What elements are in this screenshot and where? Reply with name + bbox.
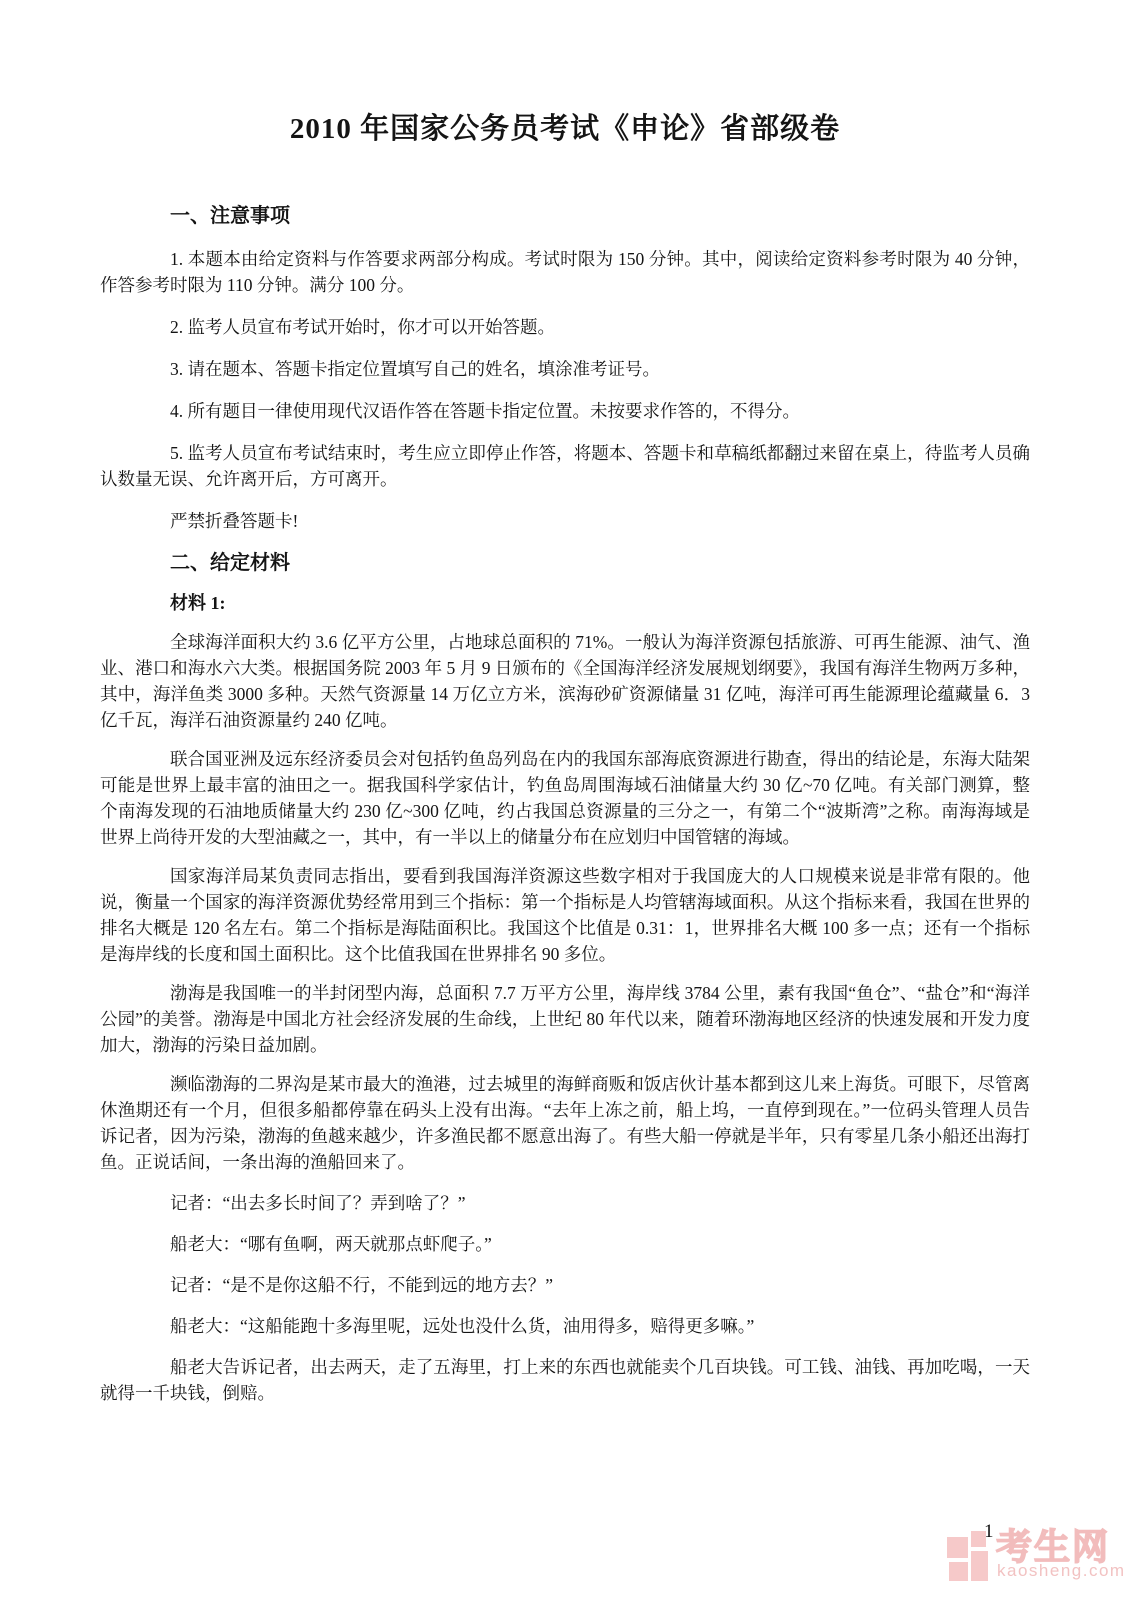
dialogue-line-reporter-1: 记者：“出去多长时间了？弄到啥了？” xyxy=(100,1190,1030,1216)
material-paragraph-2: 联合国亚洲及远东经济委员会对包括钓鱼岛列岛在内的我国东部海底资源进行勘查，得出的… xyxy=(100,746,1030,850)
notice-item-4: 4. 所有题目一律使用现代汉语作答在答题卡指定位置。未按要求作答的，不得分。 xyxy=(100,398,1030,424)
material-paragraph-3: 国家海洋局某负责同志指出，要看到我国海洋资源这些数字相对于我国庞大的人口规模来说… xyxy=(100,863,1030,967)
exam-document-page: 2010 年国家公务员考试《申论》省部级卷 一、注意事项 1. 本题本由给定资料… xyxy=(0,0,1131,1600)
notice-item-3: 3. 请在题本、答题卡指定位置填写自己的姓名，填涂准考证号。 xyxy=(100,356,1030,382)
fold-warning-note: 严禁折叠答题卡! xyxy=(100,508,1030,534)
dialogue-line-captain-2: 船老大：“这船能跑十多海里呢，远处也没什么货，油用得多，赔得更多嘛。” xyxy=(100,1313,1030,1339)
notice-item-1: 1. 本题本由给定资料与作答要求两部分构成。考试时限为 150 分钟。其中，阅读… xyxy=(100,246,1030,298)
dialogue-line-reporter-2: 记者：“是不是你这船不行，不能到远的地方去？” xyxy=(100,1272,1030,1298)
material-paragraph-5: 濒临渤海的二界沟是某市最大的渔港，过去城里的海鲜商贩和饭店伙计基本都到这儿来上海… xyxy=(100,1071,1030,1175)
material-paragraph-1: 全球海洋面积大约 3.6 亿平方公里，占地球总面积的 71%。一般认为海洋资源包… xyxy=(100,629,1030,733)
dialogue-line-captain-1: 船老大：“哪有鱼啊，两天就那点虾爬子。” xyxy=(100,1231,1030,1257)
material-closing-paragraph: 船老大告诉记者，出去两天，走了五海里，打上来的东西也就能卖个几百块钱。可工钱、油… xyxy=(100,1354,1030,1406)
materials-heading: 二、给定材料 xyxy=(100,550,1030,577)
notice-heading: 一、注意事项 xyxy=(100,203,1030,230)
notice-item-5: 5. 监考人员宣布考试结束时，考生应立即停止作答，将题本、答题卡和草稿纸都翻过来… xyxy=(100,440,1030,492)
material-paragraph-4: 渤海是我国唯一的半封闭型内海，总面积 7.7 万平方公里，海岸线 3784 公里… xyxy=(100,980,1030,1058)
material-1-label: 材料 1: xyxy=(100,590,1030,616)
notice-item-2: 2. 监考人员宣布考试开始时，你才可以开始答题。 xyxy=(100,314,1030,340)
page-title: 2010 年国家公务员考试《申论》省部级卷 xyxy=(100,110,1030,148)
